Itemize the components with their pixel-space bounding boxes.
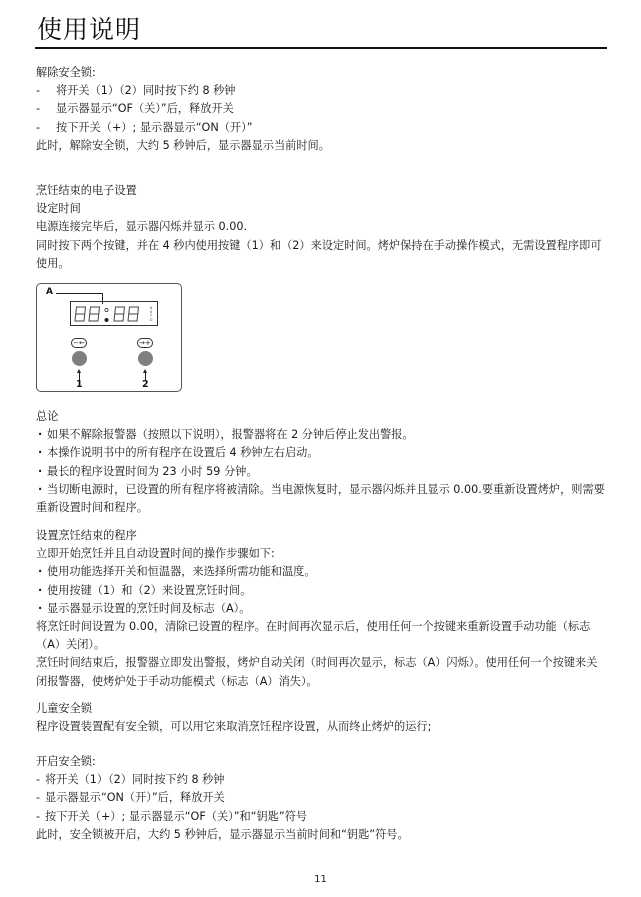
general-heading: 总论 [36, 408, 608, 426]
step-text: 按下开关（+）; 显示器显示“OF（关）”和“钥匙”符号 [45, 808, 307, 826]
lock-note: 此时，安全锁被开启，大约 5 秒钟后，显示器显示当前时间和“钥匙”符号。 [36, 826, 608, 844]
general-section: 总论 如果不解除报警器（按照以下说明），报警器将在 2 分钟后停止发出警报。 本… [36, 408, 608, 517]
child-lock-heading: 儿童安全锁 [36, 700, 608, 718]
unlock-section: 解除安全锁: -将开关（1）（2）同时按下约 8 秒钟 -显示器显示“OF（关）… [36, 64, 608, 155]
step-text: 将开关（1）（2）同时按下约 8 秒钟 [45, 771, 225, 789]
unlock-step-2: -显示器显示“OF（关）”后，释放开关 [36, 100, 608, 118]
general-bullet-2: 本操作说明书中的所有程序在设置后 4 秒钟左右启动。 [36, 444, 608, 462]
set-time-subheading: 设定时间 [36, 200, 608, 218]
program-bullet-2: 使用按键（1）和（2）来设置烹饪时间。 [36, 582, 608, 600]
electronic-setting-para-1: 电源连接完毕后，显示器闪烁并显示 0.00. [36, 218, 608, 236]
dash-marker: - [36, 771, 45, 789]
lock-section: 开启安全锁: -将开关（1）（2）同时按下约 8 秒钟 -显示器显示“ON（开）… [36, 753, 608, 844]
electronic-setting-heading: 烹饪结束的电子设置 [36, 182, 608, 200]
program-para-2: 烹饪时间结束后，报警器立即发出警报，烤炉自动关闭（时间再次显示，标志（A）闪烁）… [36, 654, 608, 690]
button-2-label: 2 [142, 379, 149, 390]
unlock-step-1: -将开关（1）（2）同时按下约 8 秒钟 [36, 82, 608, 100]
general-bullet-3: 最长的程序设置时间为 23 小时 59 分钟。 [36, 463, 608, 481]
program-bullet-1: 使用功能选择开关和恒温器，来选择所需功能和温度。 [36, 563, 608, 581]
minus-button[interactable] [72, 351, 87, 366]
dash-marker: - [36, 82, 56, 100]
unlock-step-3: -按下开关（+）; 显示器显示“ON（开）” [36, 119, 608, 137]
general-bullet-1: 如果不解除报警器（按照以下说明），报警器将在 2 分钟后停止发出警报。 [36, 426, 608, 444]
dash-marker: - [36, 119, 56, 137]
leader-line [56, 293, 102, 294]
general-bullet-4: 当切断电源时，已设置的所有程序将被清除。当电源恢复时，显示器闪烁并且显示 0.0… [36, 481, 608, 517]
dash-marker: - [36, 808, 45, 826]
step-text: 显示器显示“ON（开）”后，释放开关 [45, 789, 225, 807]
dash-marker: - [36, 100, 56, 118]
program-section: 设置烹饪结束的程序 立即开始烹饪并且自动设置时间的操作步骤如下: 使用功能选择开… [36, 527, 608, 691]
program-para-1: 将烹饪时间设置为 0.00，清除已设置的程序。在时间再次显示后，使用任何一个按键… [36, 618, 608, 654]
page-title: 使用说明 [37, 14, 141, 46]
lock-step-3: -按下开关（+）; 显示器显示“OF（关）”和“钥匙”符号 [36, 808, 608, 826]
lock-step-1: -将开关（1）（2）同时按下约 8 秒钟 [36, 771, 608, 789]
step-text: 按下开关（+）; 显示器显示“ON（开）” [56, 119, 253, 137]
unlock-heading: 解除安全锁: [36, 64, 608, 82]
seven-segment-digits-icon: A U T O [71, 302, 159, 327]
indicator-a-label: A [46, 287, 53, 297]
dash-marker: - [36, 789, 45, 807]
step-text: 显示器显示“OF（关）”后，释放开关 [56, 100, 234, 118]
program-heading: 设置烹饪结束的程序 [36, 527, 608, 545]
unlock-note: 此时，解除安全锁，大约 5 秒钟后，显示器显示当前时间。 [36, 137, 608, 155]
lock-step-2: -显示器显示“ON（开）”后，释放开关 [36, 789, 608, 807]
child-lock-section: 儿童安全锁 程序设置装置配有安全锁，可以用它来取消烹饪程序设置，从而终止烤炉的运… [36, 700, 608, 736]
plus-arrow-icon: →+ [137, 338, 153, 348]
step-text: 将开关（1）（2）同时按下约 8 秒钟 [56, 82, 236, 100]
title-rule [35, 47, 607, 49]
program-bullet-3: 显示器显示设置的烹饪时间及标志（A）。 [36, 600, 608, 618]
svg-text:O: O [150, 318, 153, 322]
minus-arrow-icon: −← [71, 338, 87, 348]
lcd-display: A U T O [70, 301, 158, 326]
child-lock-para: 程序设置装置配有安全锁，可以用它来取消烹饪程序设置，从而终止烤炉的运行; [36, 718, 608, 736]
control-panel-diagram: A A U T O −← 1 [36, 283, 182, 392]
electronic-setting-para-2: 同时按下两个按键，并在 4 秒内使用按键（1）和（2）来设定时间。烤炉保持在手动… [36, 237, 608, 273]
electronic-setting-section: 烹饪结束的电子设置 设定时间 电源连接完毕后，显示器闪烁并显示 0.00. 同时… [36, 182, 608, 273]
button-1-label: 1 [76, 379, 83, 390]
lock-heading: 开启安全锁: [36, 753, 608, 771]
plus-button[interactable] [138, 351, 153, 366]
program-intro: 立即开始烹饪并且自动设置时间的操作步骤如下: [36, 545, 608, 563]
page-number: 11 [0, 874, 641, 885]
